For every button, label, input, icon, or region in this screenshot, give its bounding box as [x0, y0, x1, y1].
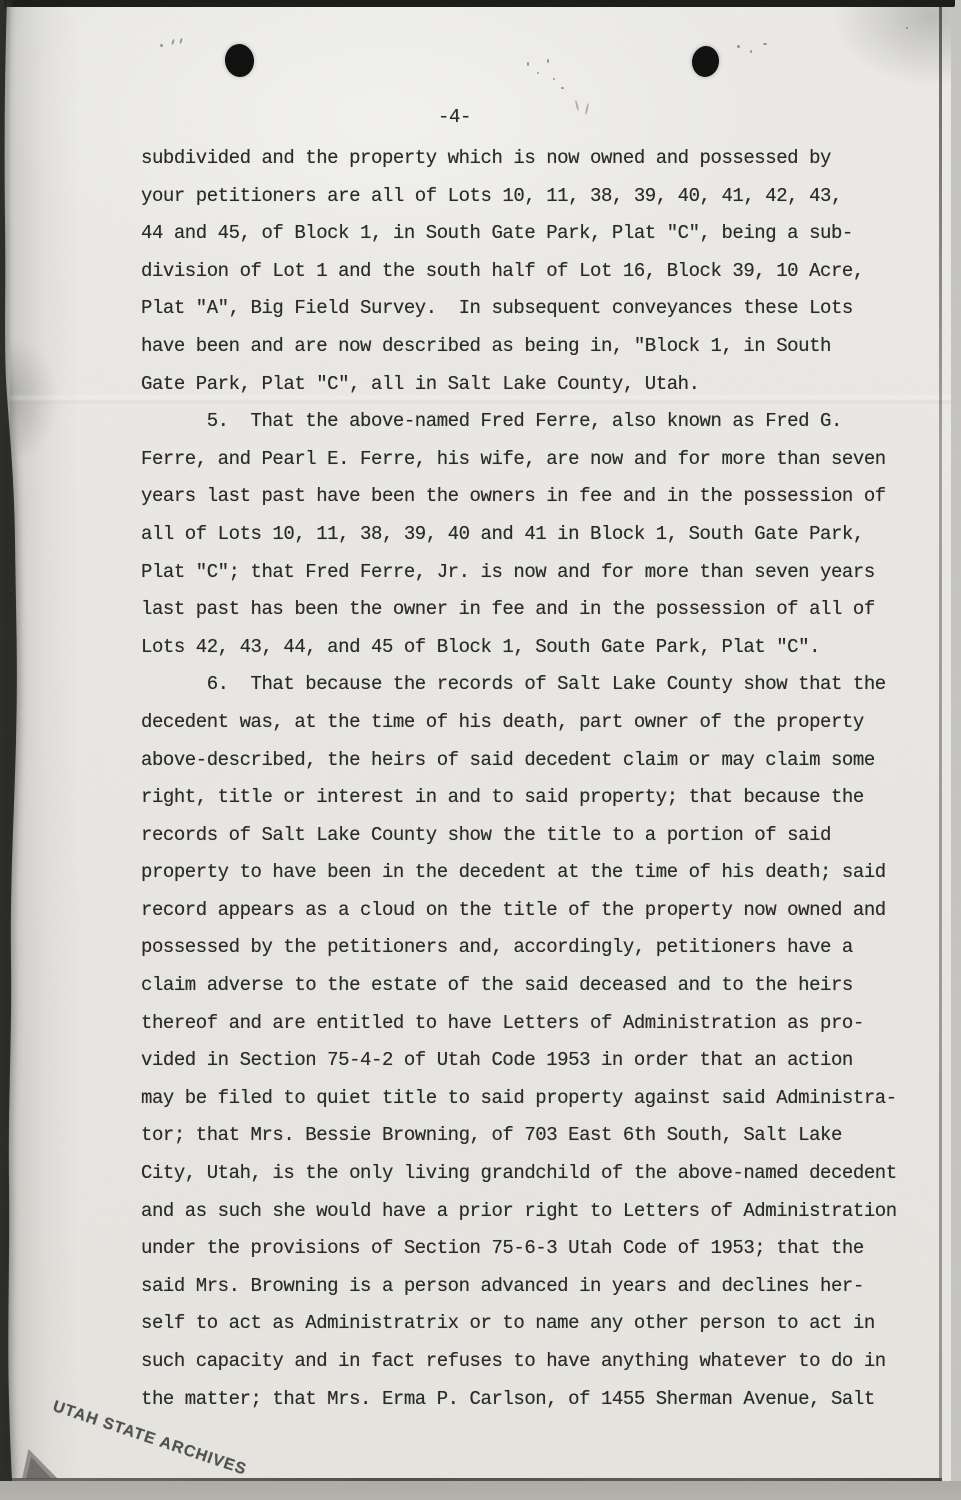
document-line: tor; that Mrs. Bessie Browning, of 703 E… [141, 1117, 931, 1155]
document-line: records of Salt Lake County show the tit… [141, 817, 931, 855]
pencil-mark [750, 50, 752, 53]
page-right-edge [939, 4, 942, 1480]
document-line: claim adverse to the estate of the said … [141, 967, 931, 1005]
page-left-edge [0, 0, 60, 1481]
document-line: said Mrs. Browning is a person advanced … [141, 1268, 931, 1306]
pencil-mark [553, 78, 555, 80]
document-line: and as such she would have a prior right… [141, 1193, 931, 1231]
pencil-mark [537, 72, 539, 74]
document-line: property to have been in the decedent at… [141, 854, 931, 892]
document-line: Ferre, and Pearl E. Ferre, his wife, are… [141, 441, 931, 479]
document-line: right, title or interest in and to said … [141, 779, 931, 817]
document-line: City, Utah, is the only living grandchil… [141, 1155, 931, 1193]
document-line: Gate Park, Plat "C", all in Salt Lake Co… [141, 366, 931, 404]
pencil-mark [547, 59, 549, 63]
document-line: division of Lot 1 and the south half of … [141, 253, 931, 291]
document-line: 5. That the above-named Fred Ferre, also… [141, 403, 931, 441]
document-line: possessed by the petitioners and, accord… [141, 929, 931, 967]
document-line: above-described, the heirs of said deced… [141, 742, 931, 780]
document-line: Lots 42, 43, 44, and 45 of Block 1, Sout… [141, 629, 931, 667]
paper-page: -4- subdivided and the property which is… [10, 0, 951, 1481]
pencil-mark [561, 87, 564, 89]
document-line: vided in Section 75-4-2 of Utah Code 195… [141, 1042, 931, 1080]
document-line: under the provisions of Section 75-6-3 U… [141, 1230, 931, 1268]
pencil-mark [906, 27, 908, 29]
document-line: years last past have been the owners in … [141, 478, 931, 516]
scanner-background-strip [0, 1481, 961, 1500]
document-line: 44 and 45, of Block 1, in South Gate Par… [141, 215, 931, 253]
document-line: Plat "A", Big Field Survey. In subsequen… [141, 290, 931, 328]
pencil-mark [737, 45, 740, 48]
page-bottom-edge [10, 1478, 942, 1481]
document-line: such capacity and in fact refuses to hav… [141, 1343, 931, 1381]
document-line: may be filed to quiet title to said prop… [141, 1080, 931, 1118]
page-top-edge [4, 0, 955, 7]
document-line: all of Lots 10, 11, 38, 39, 40 and 41 in… [141, 516, 931, 554]
document-line: have been and are now described as being… [141, 328, 931, 366]
document-line: thereof and are entitled to have Letters… [141, 1005, 931, 1043]
document-line: self to act as Administratrix or to name… [141, 1305, 931, 1343]
pencil-mark [160, 44, 163, 47]
document-line: decedent was, at the time of his death, … [141, 704, 931, 742]
document-line: record appears as a cloud on the title o… [141, 892, 931, 930]
document-line: last past has been the owner in fee and … [141, 591, 931, 629]
document-scan: -4- subdivided and the property which is… [0, 0, 961, 1500]
pencil-mark [763, 43, 767, 45]
page-number: -4- [438, 106, 471, 128]
pencil-mark [527, 62, 529, 66]
document-body: subdivided and the property which is now… [141, 140, 931, 1418]
document-line: your petitioners are all of Lots 10, 11,… [141, 178, 931, 216]
document-line: the matter; that Mrs. Erma P. Carlson, o… [141, 1381, 931, 1419]
document-line: subdivided and the property which is now… [141, 140, 931, 178]
document-line: 6. That because the records of Salt Lake… [141, 666, 931, 704]
document-line: Plat "C"; that Fred Ferre, Jr. is now an… [141, 554, 931, 592]
